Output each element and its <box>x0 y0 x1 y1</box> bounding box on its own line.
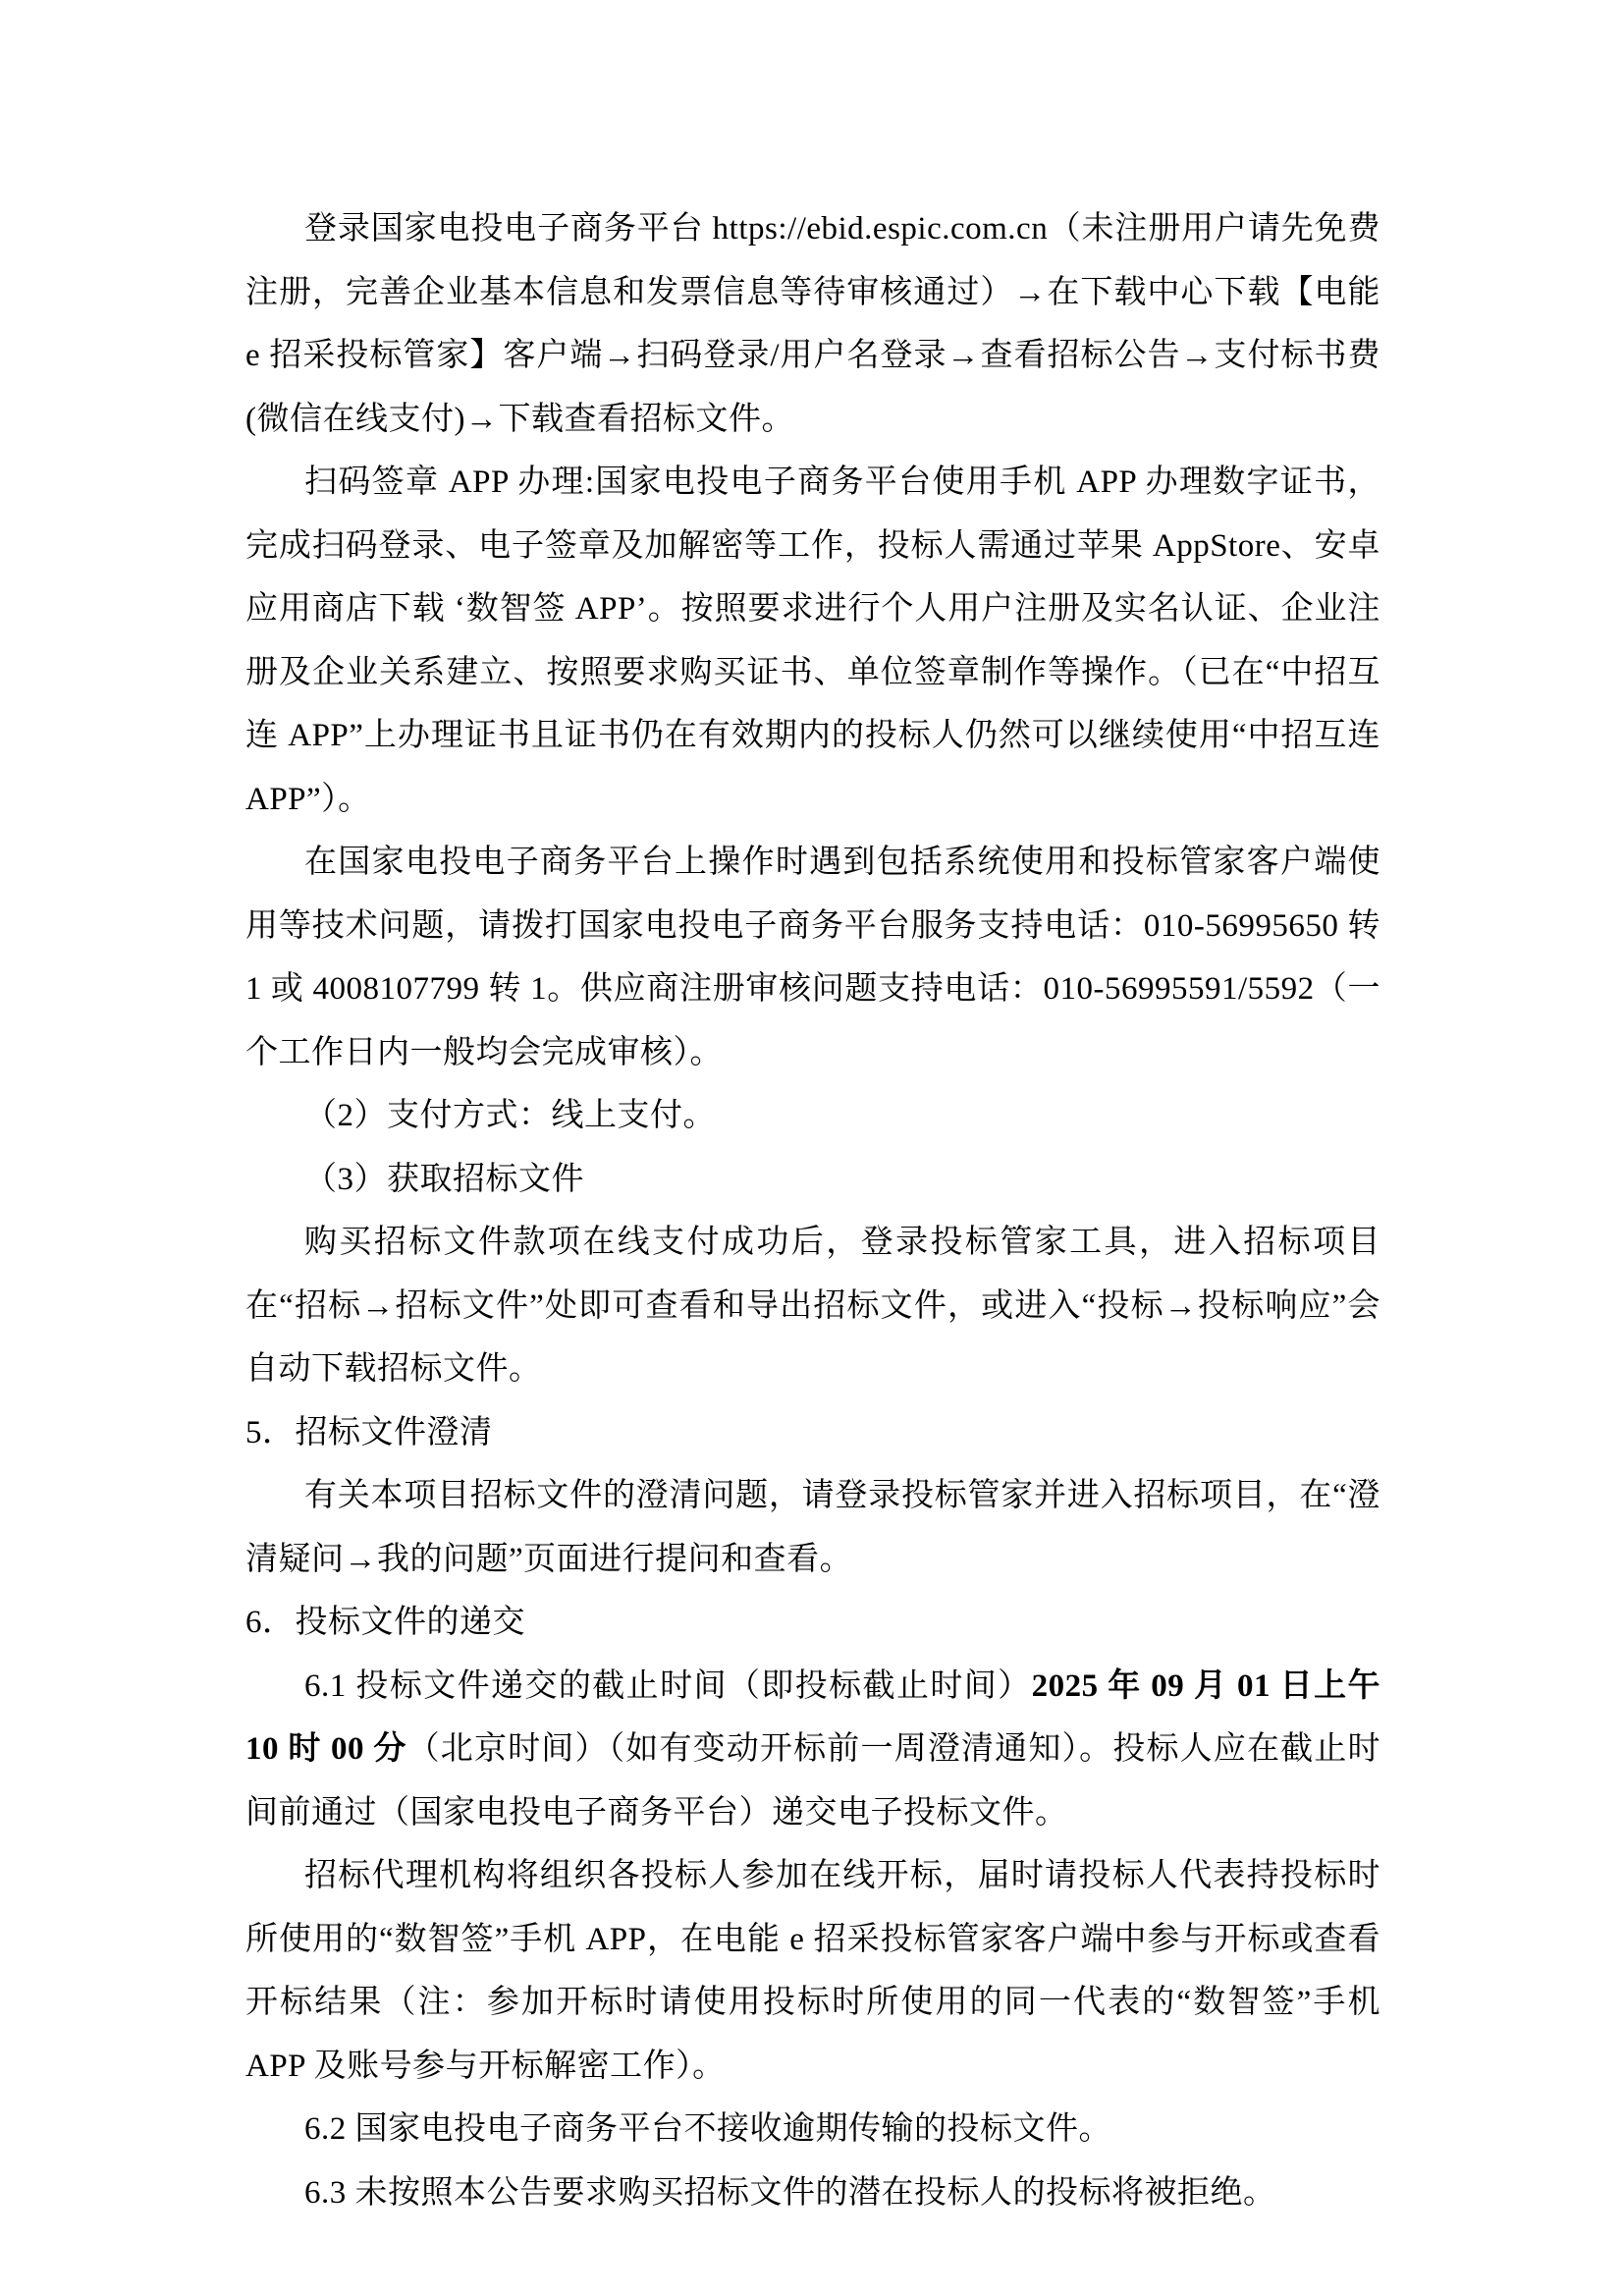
text-segment: （3）获取招标文件 <box>304 1162 584 1197</box>
paragraph-tech-support: 在国家电投电子商务平台上操作时遇到包括系统使用和投标管家客户端使用等技术问题，请… <box>245 831 1380 1084</box>
item-late-submission: 6.2 国家电投电子商务平台不接收逾期传输的投标文件。 <box>245 2098 1380 2161</box>
paragraph-online-opening: 招标代理机构将组织各投标人参加在线开标，届时请投标人代表持投标时所使用的“数智签… <box>245 1844 1380 2098</box>
paragraph-deadline: 6.1 投标文件递交的截止时间（即投标截止时间）2025 年 09 月 01 日… <box>245 1655 1380 1845</box>
heading-submission: 6．投标文件的递交 <box>245 1591 1380 1655</box>
text-segment: 6.3 未按照本公告要求购买招标文件的潜在投标人的投标将被拒绝。 <box>304 2175 1276 2211</box>
text-segment: 登录国家电投电子商务平台 https://ebid.espic.com.cn（未… <box>245 211 1380 437</box>
text-segment: 5．招标文件澄清 <box>245 1415 493 1450</box>
item-obtain-documents: （3）获取招标文件 <box>245 1148 1380 1212</box>
document-body: 登录国家电投电子商务平台 https://ebid.espic.com.cn（未… <box>245 197 1380 2224</box>
text-segment: 在国家电投电子商务平台上操作时遇到包括系统使用和投标管家客户端使用等技术问题，请… <box>245 845 1380 1070</box>
text-segment: 扫码签章 APP 办理:国家电投电子商务平台使用手机 APP 办理数字证书，完成… <box>245 465 1380 817</box>
text-segment: 6．投标文件的递交 <box>245 1605 525 1640</box>
item-rejection: 6.3 未按照本公告要求购买招标文件的潜在投标人的投标将被拒绝。 <box>245 2161 1380 2225</box>
text-segment: （2）支付方式：线上支付。 <box>304 1098 716 1133</box>
paragraph-signature-app: 扫码签章 APP 办理:国家电投电子商务平台使用手机 APP 办理数字证书，完成… <box>245 451 1380 831</box>
text-segment: 6.2 国家电投电子商务平台不接收逾期传输的投标文件。 <box>304 2111 1111 2147</box>
document-page: 登录国家电投电子商务平台 https://ebid.espic.com.cn（未… <box>0 0 1623 2296</box>
item-payment-method: （2）支付方式：线上支付。 <box>245 1084 1380 1148</box>
heading-clarification: 5．招标文件澄清 <box>245 1401 1380 1465</box>
text-segment: 招标代理机构将组织各投标人参加在线开标，届时请投标人代表持投标时所使用的“数智签… <box>245 1858 1380 2084</box>
paragraph-download-documents: 购买招标文件款项在线支付成功后，登录投标管家工具，进入招标项目在“招标→招标文件… <box>245 1211 1380 1401</box>
text-segment: （北京时间）（如有变动开标前一周澄清通知）。投标人应在截止时间前通过（国家电投电… <box>245 1731 1380 1831</box>
paragraph-platform-login-steps: 登录国家电投电子商务平台 https://ebid.espic.com.cn（未… <box>245 197 1380 451</box>
text-segment: 6.1 投标文件递交的截止时间（即投标截止时间） <box>304 1668 1032 1704</box>
text-segment: 有关本项目招标文件的澄清问题，请登录投标管家并进入招标项目，在“澄清疑问→我的问… <box>245 1478 1380 1577</box>
text-segment: 购买招标文件款项在线支付成功后，登录投标管家工具，进入招标项目在“招标→招标文件… <box>245 1225 1380 1387</box>
paragraph-clarification: 有关本项目招标文件的澄清问题，请登录投标管家并进入招标项目，在“澄清疑问→我的问… <box>245 1464 1380 1591</box>
